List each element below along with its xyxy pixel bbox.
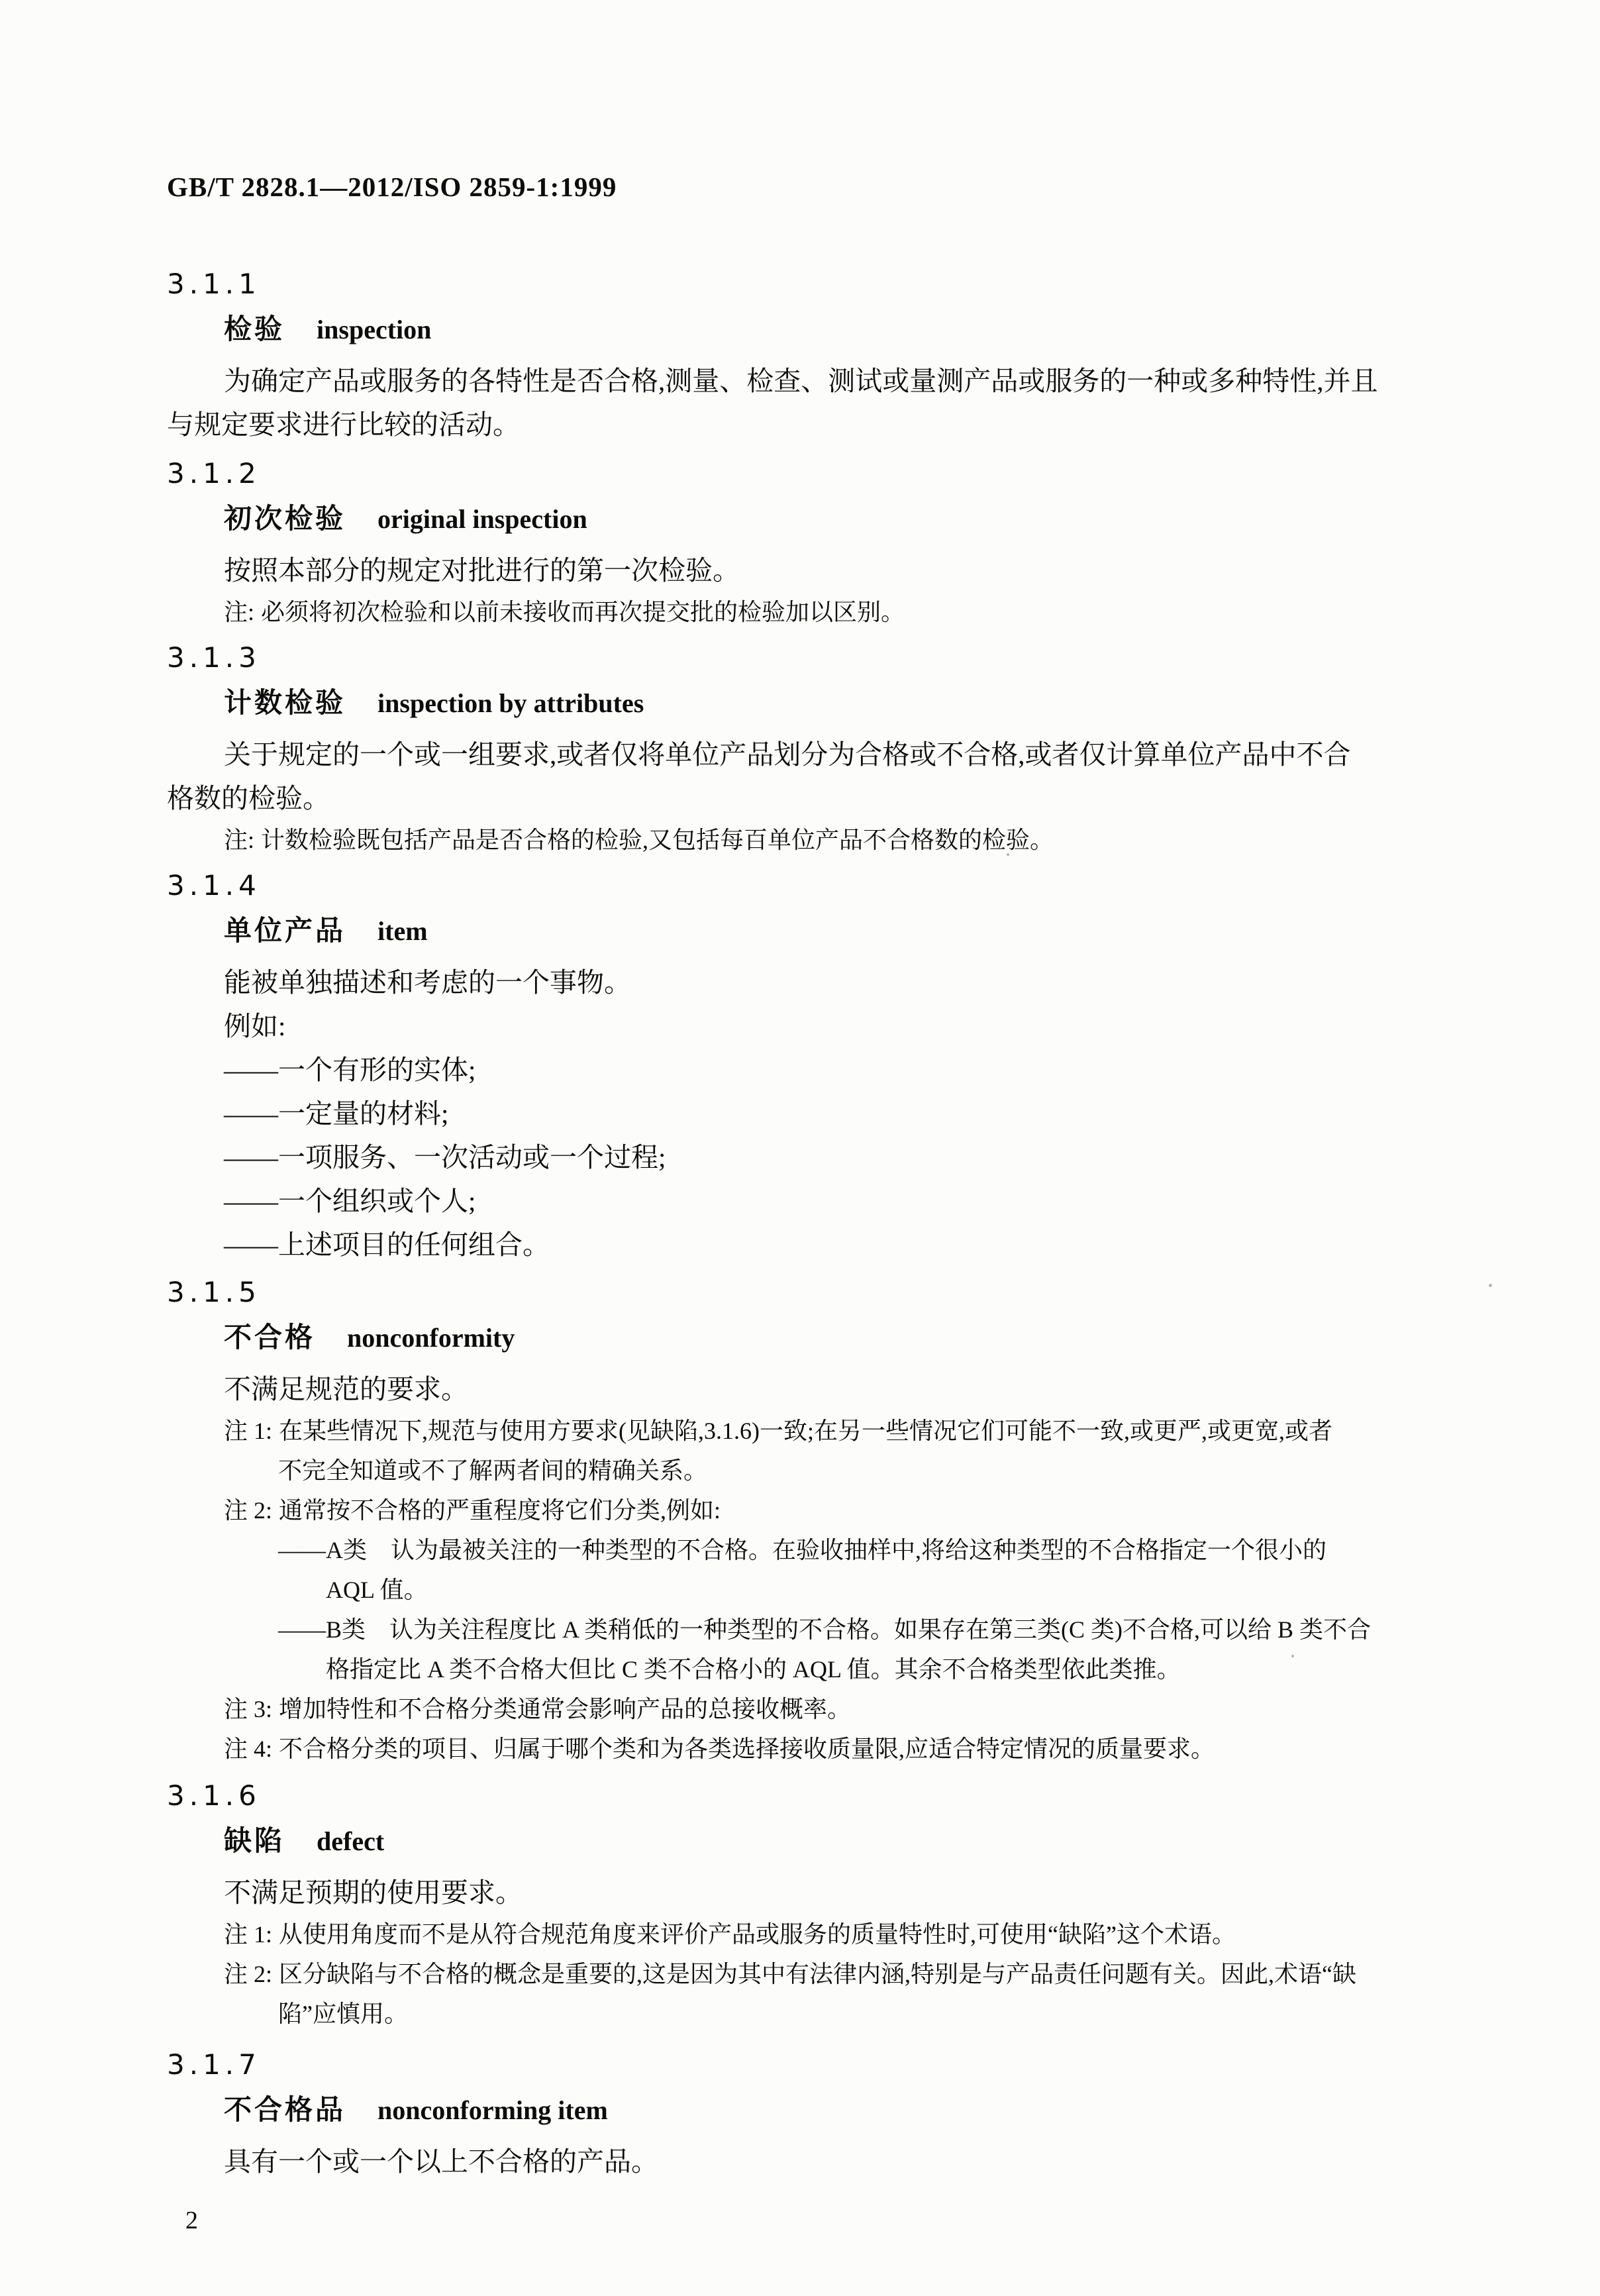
definition-line: 格数的检验。 bbox=[167, 776, 1452, 820]
example-item: ——上述项目的任何组合。 bbox=[167, 1223, 1452, 1267]
example-item: ——一个有形的实体; bbox=[167, 1048, 1452, 1092]
term-line: 缺陷 defect bbox=[167, 1818, 1452, 1871]
note-text: 计数检验既包括产品是否合格的检验,又包括每百单位产品不合格数的检验。 bbox=[261, 827, 1054, 853]
class-a-item: ——A类 认为最被关注的一种类型的不合格。在验收抽样中,将给这种类型的不合格指定… bbox=[167, 1530, 1452, 1570]
term-zh: 检验 bbox=[224, 313, 285, 345]
note-continuation-line: 不完全知道或不了解两者间的精确关系。 bbox=[167, 1451, 1452, 1490]
document-page: GB/T 2828.1—2012/ISO 2859-1:1999 3.1.1 检… bbox=[0, 0, 1600, 2296]
definition-line: 关于规定的一个或一组要求,或者仅将单位产品划分为合格或不合格,或者仅计算单位产品… bbox=[167, 733, 1452, 776]
note-text: 从使用角度而不是从符合规范角度来评价产品或服务的质量特性时,可使用“缺陷”这个术… bbox=[279, 1921, 1236, 1948]
definition-line: 与规定要求进行比较的活动。 bbox=[167, 403, 1452, 446]
term-zh: 不合格 bbox=[224, 1321, 315, 1353]
scan-speck bbox=[1489, 1284, 1492, 1287]
note-text: 增加特性和不合格分类通常会影响产品的总接收概率。 bbox=[279, 1696, 851, 1722]
note-line: 注 2:通常按不合格的严重程度将它们分类,例如: bbox=[167, 1490, 1452, 1530]
definition-line: 按照本部分的规定对批进行的第一次检验。 bbox=[167, 548, 1452, 592]
term-line: 单位产品 item bbox=[167, 908, 1452, 961]
term-en: nonconforming item bbox=[377, 2095, 608, 2125]
page-number: 2 bbox=[167, 2201, 1452, 2240]
term-section-3-1-5: 3.1.5 不合格 nonconformity 不满足规范的要求。 注 1:在某… bbox=[167, 1271, 1452, 1769]
note-prefix: 注 2: bbox=[224, 1961, 272, 1987]
section-number: 3.1.5 bbox=[167, 1271, 1452, 1314]
note-prefix: 注 1: bbox=[224, 1418, 272, 1444]
note-text: 不合格分类的项目、归属于哪个类和为各类选择接收质量限,应适合特定情况的质量要求。 bbox=[279, 1736, 1215, 1762]
term-en: original inspection bbox=[377, 504, 587, 534]
page-content: GB/T 2828.1—2012/ISO 2859-1:1999 3.1.1 检… bbox=[167, 170, 1452, 2240]
term-zh: 缺陷 bbox=[224, 1824, 285, 1857]
term-line: 初次检验 original inspection bbox=[167, 496, 1452, 548]
note-prefix: 注 3: bbox=[224, 1696, 272, 1722]
note-prefix: 注 1: bbox=[224, 1921, 272, 1948]
note-line: 注 4:不合格分类的项目、归属于哪个类和为各类选择接收质量限,应适合特定情况的质… bbox=[167, 1729, 1452, 1769]
term-section-3-1-1: 3.1.1 检验 inspection 为确定产品或服务的各特性是否合格,测量、… bbox=[167, 262, 1452, 446]
class-b-item: ——B类 认为关注程度比 A 类稍低的一种类型的不合格。如果存在第三类(C 类)… bbox=[167, 1610, 1452, 1649]
note-line: 注 2:区分缺陷与不合格的概念是重要的,这是因为其中有法律内涵,特别是与产品责任… bbox=[167, 1954, 1452, 1994]
note-line: 注 3:增加特性和不合格分类通常会影响产品的总接收概率。 bbox=[167, 1689, 1452, 1729]
term-line: 不合格品 nonconforming item bbox=[167, 2087, 1452, 2140]
definition-line: 例如: bbox=[167, 1004, 1452, 1048]
note-text: 通常按不合格的严重程度将它们分类,例如: bbox=[279, 1497, 721, 1524]
term-en: inspection by attributes bbox=[377, 688, 644, 718]
term-section-3-1-7: 3.1.7 不合格品 nonconforming item 具有一个或一个以上不… bbox=[167, 2043, 1452, 2183]
term-section-3-1-2: 3.1.2 初次检验 original inspection 按照本部分的规定对… bbox=[167, 452, 1452, 632]
section-number: 3.1.7 bbox=[167, 2043, 1452, 2087]
section-number: 3.1.4 bbox=[167, 864, 1452, 908]
scan-speck bbox=[1291, 1655, 1294, 1657]
definition-line: 不满足预期的使用要求。 bbox=[167, 1871, 1452, 1914]
note-line: 注 1:从使用角度而不是从符合规范角度来评价产品或服务的质量特性时,可使用“缺陷… bbox=[167, 1914, 1452, 1954]
section-number: 3.1.1 bbox=[167, 262, 1452, 306]
definition-line: 为确定产品或服务的各特性是否合格,测量、检查、测试或量测产品或服务的一种或多种特… bbox=[167, 359, 1452, 403]
section-number: 3.1.6 bbox=[167, 1774, 1452, 1818]
term-zh: 单位产品 bbox=[224, 914, 346, 947]
note-prefix: 注 2: bbox=[224, 1497, 272, 1524]
term-en: nonconformity bbox=[347, 1323, 515, 1353]
term-line: 计数检验 inspection by attributes bbox=[167, 680, 1452, 733]
term-en: defect bbox=[317, 1826, 384, 1856]
scan-speck bbox=[1007, 853, 1009, 856]
note-line: 注 1:在某些情况下,规范与使用方要求(见缺陷,3.1.6)一致;在另一些情况它… bbox=[167, 1411, 1452, 1451]
term-zh: 初次检验 bbox=[224, 502, 346, 535]
standard-number-header: GB/T 2828.1—2012/ISO 2859-1:1999 bbox=[167, 170, 1452, 204]
note-prefix: 注 4: bbox=[224, 1736, 272, 1762]
note-continuation-line: 陷”应慎用。 bbox=[167, 1994, 1452, 2034]
term-line: 检验 inspection bbox=[167, 306, 1452, 359]
section-number: 3.1.2 bbox=[167, 452, 1452, 496]
term-section-3-1-4: 3.1.4 单位产品 item 能被单独描述和考虑的一个事物。 例如: ——一个… bbox=[167, 864, 1452, 1267]
example-item: ——一定量的材料; bbox=[167, 1092, 1452, 1135]
note-text: 区分缺陷与不合格的概念是重要的,这是因为其中有法律内涵,特别是与产品责任问题有关… bbox=[279, 1961, 1356, 1987]
section-number: 3.1.3 bbox=[167, 636, 1452, 680]
class-a-item-continuation: AQL 值。 bbox=[167, 1570, 1452, 1610]
note-prefix: 注: bbox=[224, 599, 254, 625]
term-section-3-1-3: 3.1.3 计数检验 inspection by attributes 关于规定… bbox=[167, 636, 1452, 860]
example-item: ——一个组织或个人; bbox=[167, 1179, 1452, 1223]
class-b-item-continuation: 格指定比 A 类不合格大但比 C 类不合格小的 AQL 值。其余不合格类型依此类… bbox=[167, 1649, 1452, 1689]
definition-line: 具有一个或一个以上不合格的产品。 bbox=[167, 2140, 1452, 2183]
term-en: item bbox=[377, 916, 428, 946]
term-section-3-1-6: 3.1.6 缺陷 defect 不满足预期的使用要求。 注 1:从使用角度而不是… bbox=[167, 1774, 1452, 2034]
definition-line: 能被单独描述和考虑的一个事物。 bbox=[167, 961, 1452, 1004]
note-text: 必须将初次检验和以前未接收而再次提交批的检验加以区别。 bbox=[261, 599, 905, 625]
term-zh: 不合格品 bbox=[224, 2093, 346, 2126]
definition-line: 不满足规范的要求。 bbox=[167, 1367, 1452, 1411]
note-prefix: 注: bbox=[224, 827, 254, 853]
note-line: 注:必须将初次检验和以前未接收而再次提交批的检验加以区别。 bbox=[167, 592, 1452, 632]
note-line: 注:计数检验既包括产品是否合格的检验,又包括每百单位产品不合格数的检验。 bbox=[167, 820, 1452, 860]
term-zh: 计数检验 bbox=[224, 686, 346, 719]
note-text: 在某些情况下,规范与使用方要求(见缺陷,3.1.6)一致;在另一些情况它们可能不… bbox=[279, 1418, 1332, 1444]
term-en: inspection bbox=[317, 315, 431, 344]
example-item: ——一项服务、一次活动或一个过程; bbox=[167, 1135, 1452, 1179]
term-line: 不合格 nonconformity bbox=[167, 1314, 1452, 1367]
